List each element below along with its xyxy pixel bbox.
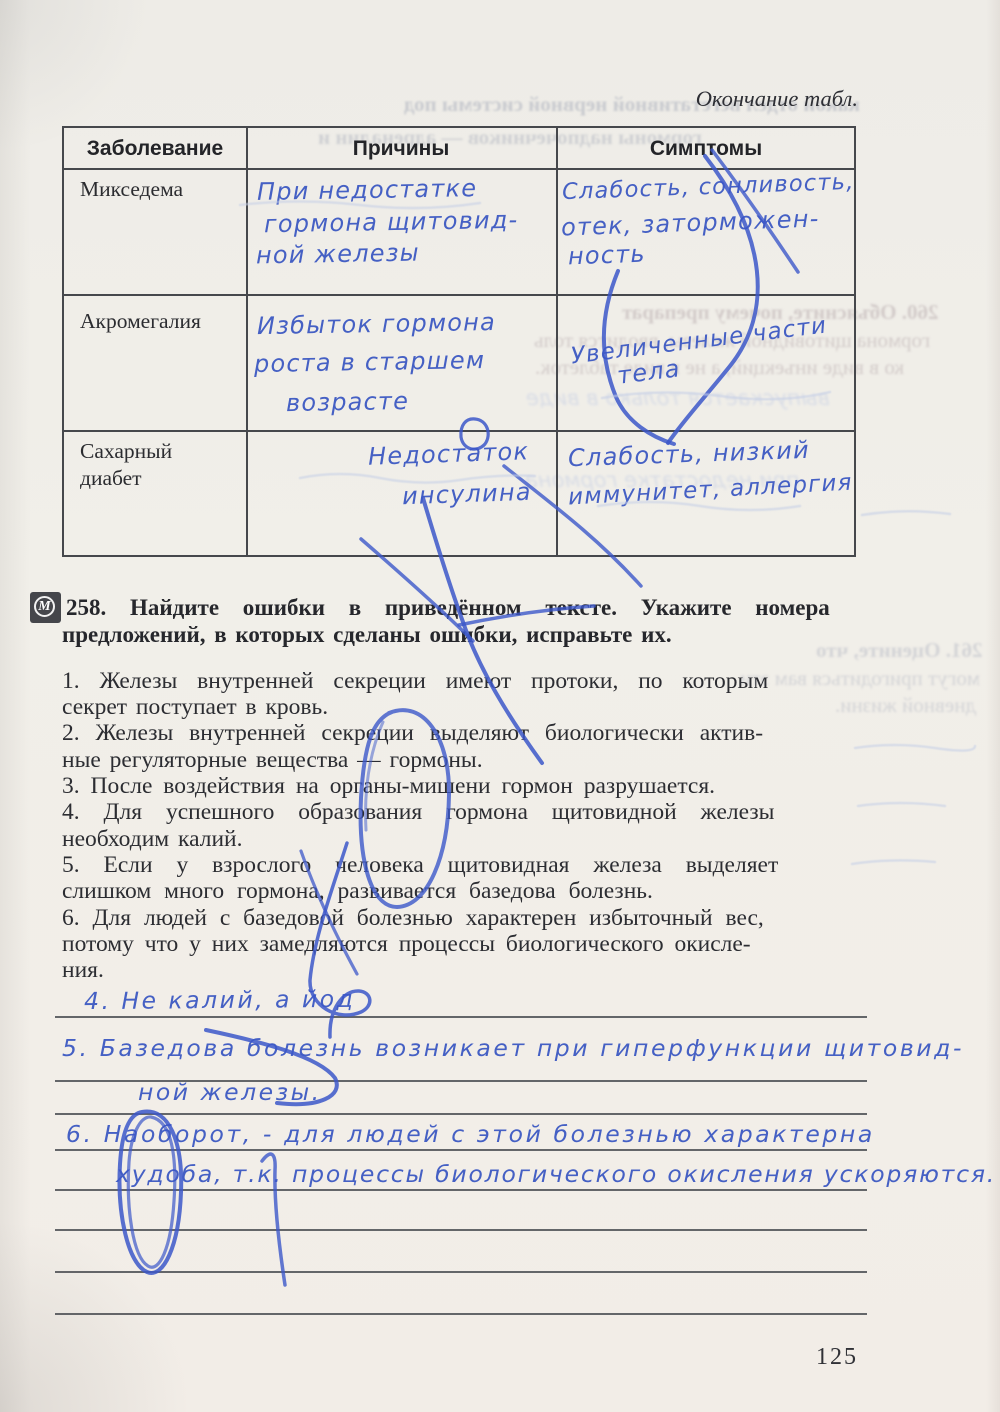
ruled-line (55, 1113, 867, 1115)
answer-line-6b: худоба, т.к. процессы биологического оки… (116, 1160, 996, 1188)
printed-text-line: 6. Для людей с базедовой болезнью характ… (62, 905, 764, 932)
m-badge-icon: М (34, 596, 55, 617)
bleed-squiggle (858, 803, 945, 806)
table-row-divider (64, 430, 854, 432)
answer-line-4: 4. Не калий, а йод (84, 985, 356, 1015)
page-number: 125 (816, 1344, 858, 1371)
ruled-line (55, 1271, 867, 1273)
table-column-divider (246, 128, 248, 555)
printed-text-line: 3. После воздействия на органы-мишени го… (62, 773, 715, 800)
handwritten-cause: Недостаток (368, 437, 530, 471)
answer-line-5a: 5. Базедова болезнь возникает при гиперф… (62, 1034, 964, 1062)
printed-text-line: потому что у них замедляются процессы би… (62, 931, 751, 958)
disease-name: Акромегалия (80, 309, 201, 334)
printed-text-line: 5. Если у взрослого человека щитовидная … (62, 852, 778, 879)
answer-line-6a: 6. Наоборот, - для людей с этой болезнью… (66, 1120, 875, 1148)
bleed-through-text: дневной жизни. (835, 693, 976, 718)
table-row-divider (64, 168, 854, 170)
bleed-squiggle (855, 745, 975, 751)
handwritten-cause: ной железы (256, 239, 420, 270)
printed-text-line: слишком много гормона, развивается базед… (62, 878, 653, 905)
ruled-line (55, 1149, 867, 1151)
bleed-through-text: 261. Оцените, что (816, 638, 982, 663)
printed-text-line: 4. Для успешного образования гормона щит… (62, 799, 774, 826)
handwritten-cause: Избыток гормона (257, 308, 496, 340)
ruled-line (55, 1016, 867, 1018)
ruled-line (55, 1189, 867, 1191)
printed-text-line: ния. (62, 957, 104, 984)
answer-line-5b: ной железы. (138, 1078, 322, 1106)
table-continuation-caption: Окончание табл. (696, 86, 858, 112)
column-header-symptoms: Симптомы (556, 137, 856, 161)
handwritten-cause: инсулина (402, 478, 533, 511)
workbook-page-scan: какой отдел вегетативной нервной системы… (0, 0, 1000, 1412)
handwritten-cause: При недостатке (257, 174, 478, 206)
printed-text-line: 1. Железы внутренней секреции имеют прот… (62, 668, 768, 695)
bleed-squiggle (862, 511, 950, 515)
disease-name: Сахарный (80, 439, 172, 464)
ruled-line (55, 1229, 867, 1231)
column-header-causes: Причины (246, 137, 556, 161)
disease-name: Микседема (80, 177, 183, 202)
bleed-squiggle (852, 860, 935, 864)
printed-text-line: 2. Железы внутренней секреции выделяют б… (62, 720, 763, 747)
printed-text-line: секрет поступает в кровь. (62, 694, 328, 721)
bleed-through-text: могут пригодиться вам эти (740, 666, 980, 691)
task-heading-line1: 258. Найдите ошибки в приведённом тексте… (66, 595, 830, 621)
ruled-line (55, 1313, 867, 1315)
table-row-divider (64, 294, 854, 296)
handwritten-cause: гормона щитовид- (264, 206, 519, 238)
handwritten-cause: роста в старшем (254, 346, 486, 378)
printed-text-line: необходим калий. (62, 826, 242, 853)
handwritten-cause: возрасте (286, 387, 410, 417)
table-column-divider (556, 128, 558, 555)
column-header-disease: Заболевание (64, 137, 246, 161)
printed-text-line: ные регуляторные вещества — гормоны. (62, 747, 483, 774)
task-type-badge: М (30, 592, 61, 623)
task-heading-line2: предложений, в которых сделаны ошибки, и… (62, 622, 672, 648)
disease-name: диабет (80, 466, 142, 491)
handwritten-symptom: ность (568, 240, 647, 271)
